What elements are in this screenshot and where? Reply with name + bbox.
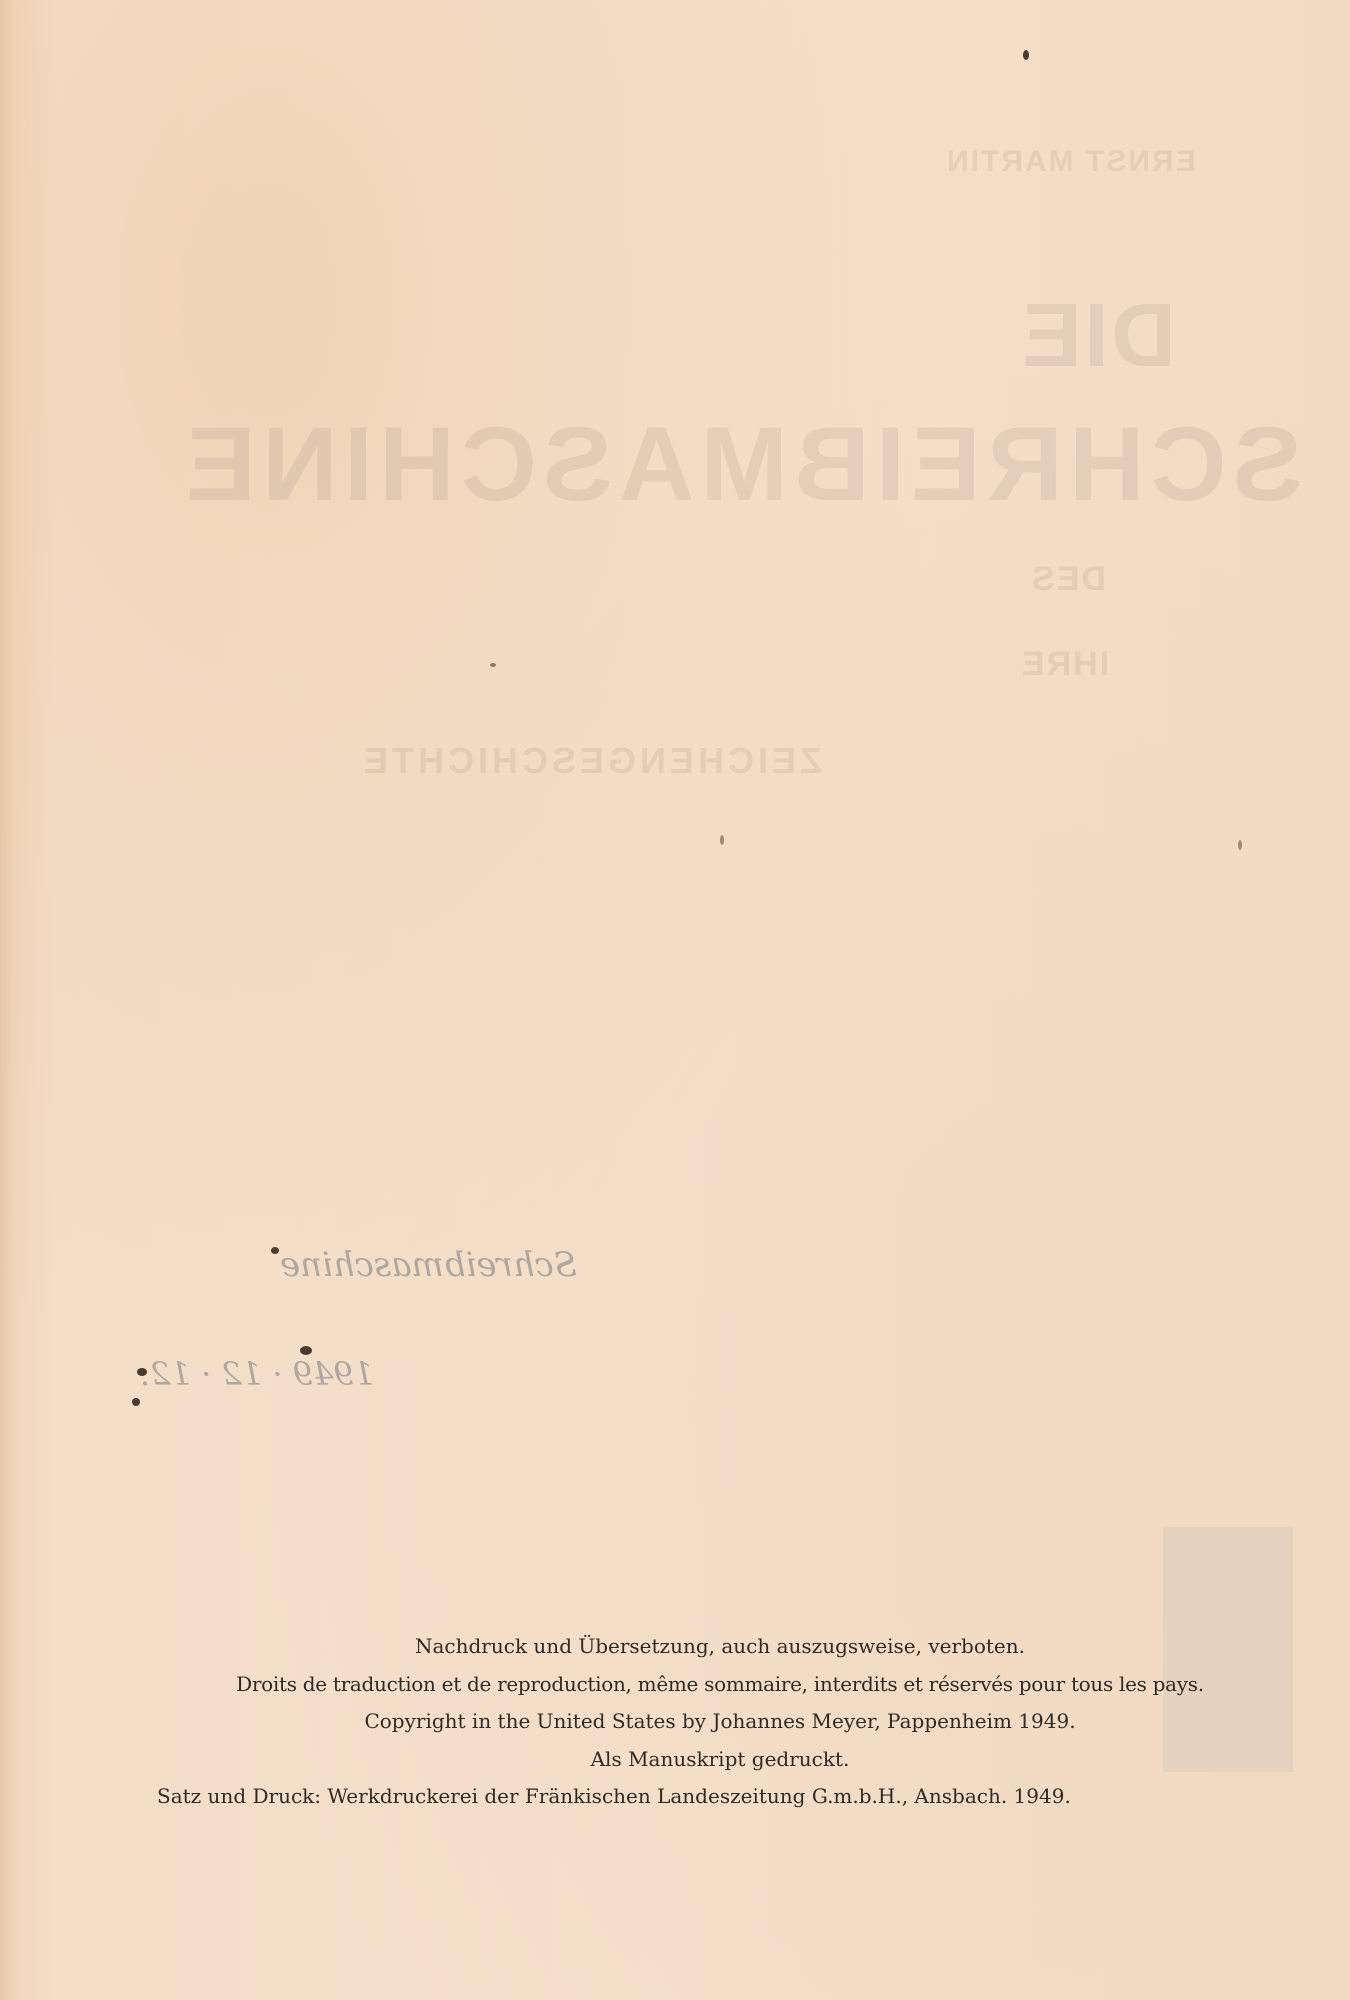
paper-speck bbox=[137, 1368, 147, 1376]
imprint-reprint-notice: Nachdruck und Übersetzung, auch auszugsw… bbox=[140, 1628, 1300, 1666]
paper-speck bbox=[271, 1247, 279, 1254]
paper-speck bbox=[1238, 840, 1242, 850]
paper-speck bbox=[132, 1398, 140, 1406]
showthrough-author: ERNST MARTIN bbox=[945, 145, 1196, 179]
paper-speck bbox=[1023, 50, 1029, 60]
imprint-translation-rights: Droits de traduction et de reproduction,… bbox=[140, 1666, 1300, 1704]
pencil-note-line-2: 1949 · 12 · 12. bbox=[140, 1355, 374, 1393]
showthrough-title-line-4: IHRE bbox=[1020, 645, 1109, 684]
imprint-printer: Satz und Druck: Werkdruckerei der Fränki… bbox=[140, 1778, 1300, 1816]
showthrough-title-line-5: ZEICHENGESCHICHTE bbox=[360, 740, 822, 782]
paper-speck bbox=[720, 835, 724, 845]
binding-edge bbox=[0, 0, 14, 2000]
showthrough-title-line-2: SCHREIBMASCHINE bbox=[180, 405, 1303, 525]
showthrough-title-line-3: DES bbox=[1030, 560, 1106, 599]
pencil-note-line-1: Schreibmaschine bbox=[280, 1245, 577, 1285]
imprint-copyright: Copyright in the United States by Johann… bbox=[140, 1703, 1300, 1741]
imprint-block: Nachdruck und Übersetzung, auch auszugsw… bbox=[140, 1628, 1300, 1816]
paper-speck bbox=[490, 663, 496, 667]
book-page: ERNST MARTIN DIE SCHREIBMASCHINE DES IHR… bbox=[0, 0, 1350, 2000]
imprint-manuscript-note: Als Manuskript gedruckt. bbox=[140, 1741, 1300, 1779]
showthrough-title-line-1: DIE bbox=[1020, 285, 1176, 388]
paper-speck bbox=[300, 1346, 312, 1355]
